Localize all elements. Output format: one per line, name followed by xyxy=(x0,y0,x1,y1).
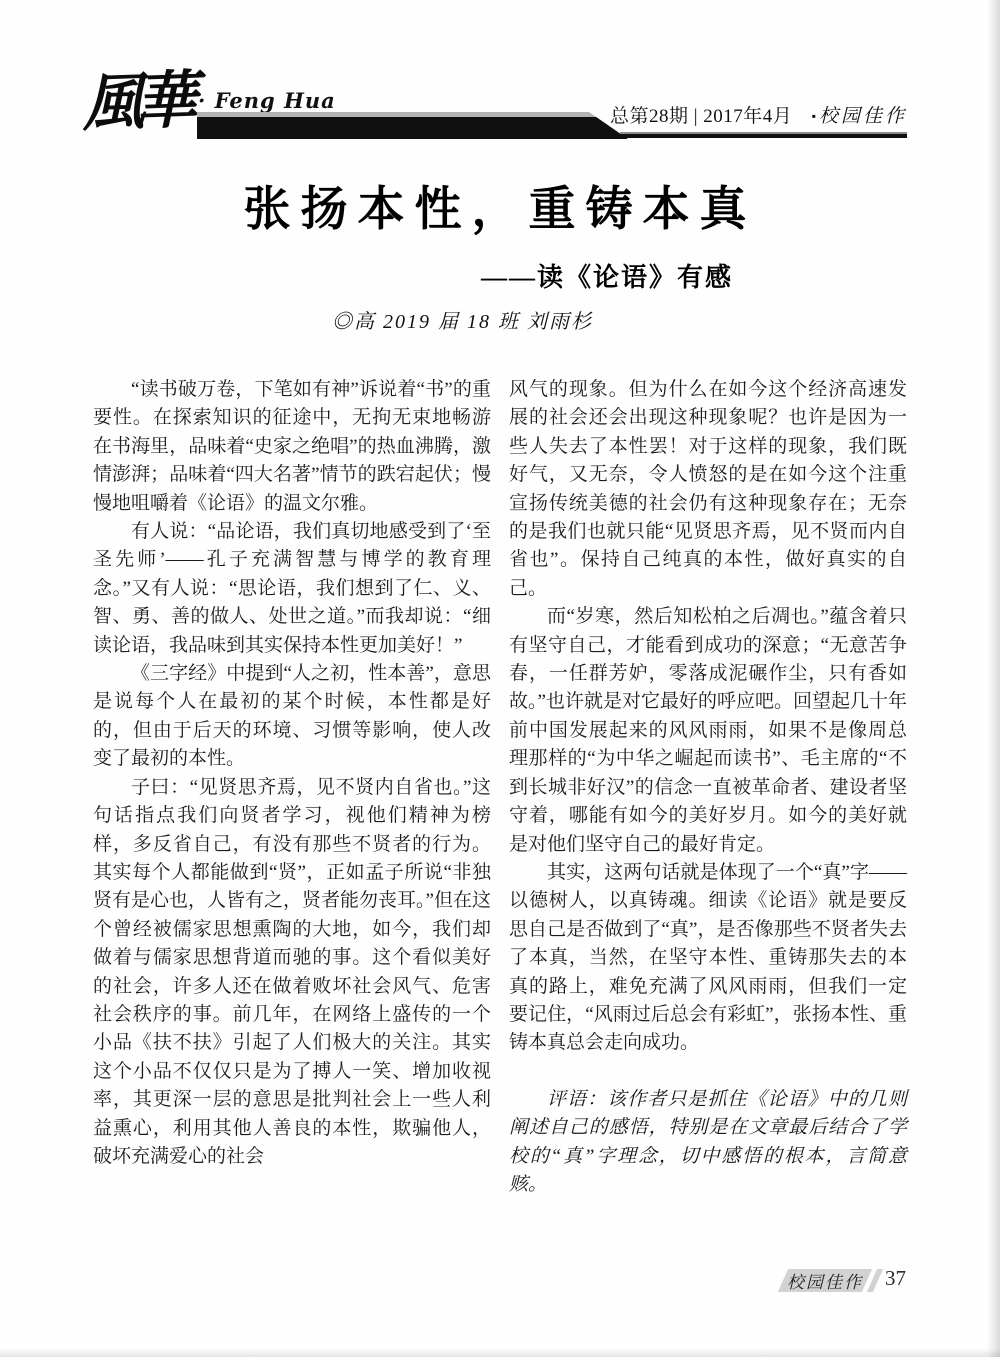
masthead-info: 总第28期 | 2017年4月 ▪ 校园佳作 xyxy=(610,101,907,128)
fenghua-logo: 風華 xyxy=(80,50,189,143)
fenghua-logo-latin: · Feng Hua xyxy=(198,88,336,113)
magazine-page: 風華 · Feng Hua 总第28期 | 2017年4月 ▪ 校园佳作 张扬本… xyxy=(0,0,1000,1357)
square-bullet-icon: ▪ xyxy=(812,109,816,124)
body-paragraph: “读书破万卷，下笔如有神”诉说着“书”的重要性。在探索知识的征途中，无拘无束地畅… xyxy=(93,376,491,518)
page-number: 37 xyxy=(885,1266,906,1291)
left-column: “读书破万卷，下笔如有神”诉说着“书”的重要性。在探索知识的征途中，无拘无束地畅… xyxy=(93,376,491,1199)
body-paragraph-continuation: 风气的现象。但为什么在如今这个经济高速发展的社会还会出现这种现象呢？也许是因为一… xyxy=(509,376,907,603)
article-subtitle: ——读《论语》有感 xyxy=(481,257,733,294)
body-paragraph: 《三字经》中提到“人之初，性本善”，意思是说每个人在最初的某个时候，本性都是好的… xyxy=(93,660,491,774)
body-paragraph: 其实，这两句话就是体现了一个“真”字——以德树人，以真铸魂。细读《论语》就是要反… xyxy=(509,859,907,1058)
article-body: “读书破万卷，下笔如有神”诉说着“书”的重要性。在探索知识的征途中，无拘无束地畅… xyxy=(93,376,907,1199)
body-paragraph: 而“岁寒，然后知松柏之后凋也。”蕴含着只有坚守自己，才能看到成功的深意；“无意苦… xyxy=(509,603,907,859)
scan-shadow-bottom xyxy=(0,1348,1000,1357)
article-title: 张扬本性，重铸本真 xyxy=(0,172,1000,239)
body-paragraph: 有人说：“品论语，我们真切地感受到了‘至圣先师’——孔子充满智慧与博学的教育理念… xyxy=(93,518,491,660)
footer-section-label: 校园佳作 xyxy=(787,1268,863,1293)
issue-info: 总第28期 | 2017年4月 xyxy=(610,101,792,128)
masthead-rule xyxy=(620,132,907,138)
section-label-wrap: ▪ 校园佳作 xyxy=(812,101,907,128)
masthead-bar xyxy=(197,112,628,139)
section-label: 校园佳作 xyxy=(819,101,907,128)
footer-section-tag: 校园佳作 xyxy=(778,1269,872,1292)
right-column: 风气的现象。但为什么在如今这个经济高速发展的社会还会出现这种现象呢？也许是因为一… xyxy=(509,376,907,1199)
article-byline: ◎高 2019 届 18 班 刘雨杉 xyxy=(332,305,593,334)
body-paragraph: 子曰：“见贤思齐焉，见不贤内自省也。”这句话指点我们向贤者学习，视他们精神为榜样… xyxy=(93,774,491,1172)
editor-comment: 评语：该作者只是抓住《论语》中的几则阐述自己的感悟，特别是在文章最后结合了学校的… xyxy=(509,1086,907,1200)
